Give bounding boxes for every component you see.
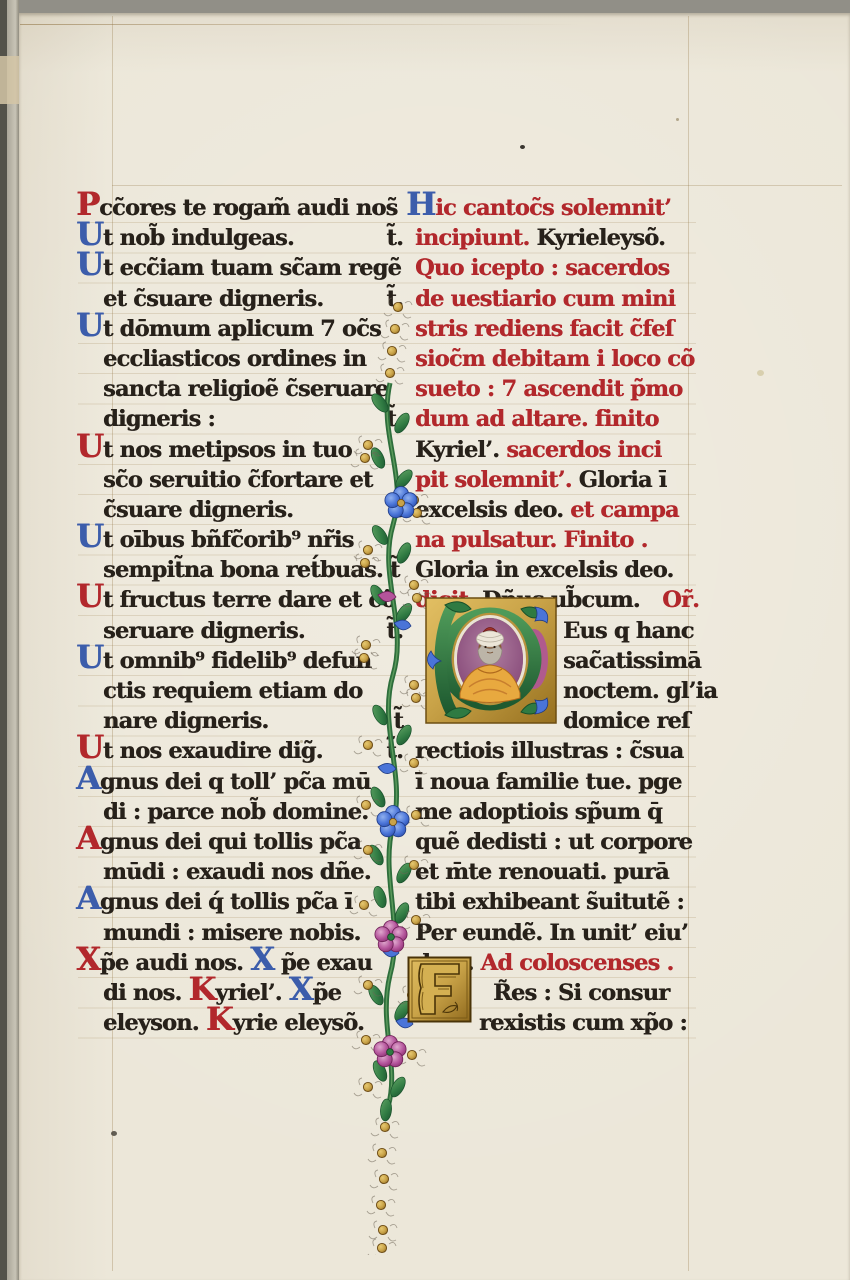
binding-edge-dark: [0, 0, 7, 1280]
parchment-speck: [300, 740, 303, 743]
text-segment: t nos exaudire dig̃.: [103, 736, 323, 766]
text-segment: t nos metipsos in tuo: [103, 435, 352, 465]
parchment-speck: [676, 118, 679, 121]
text-segment: domice reſ: [563, 706, 690, 736]
text-segment: di nos.: [103, 978, 188, 1008]
text-segment: nare digneris.: [103, 706, 268, 736]
text-segment: Quo icepto : sacerdos: [415, 253, 669, 283]
text-segment: t ecc̃iam tuam sc̃am regẽ: [103, 253, 401, 283]
page-top-edge-line: [20, 24, 580, 25]
text-segment: seruare digneris.: [103, 616, 305, 646]
text-segment: c̃suare digneris.: [103, 495, 293, 525]
gold-initial-f: [407, 956, 473, 1024]
versicle-mark: Or̃.: [662, 585, 699, 615]
text-segment: rexistis cum xp̃o :: [479, 1008, 687, 1038]
text-segment: p̃e: [313, 978, 341, 1008]
text-segment: noctem. gl’ia: [563, 676, 717, 706]
text-segment: sac̃atissimā: [563, 646, 701, 676]
text-segment: eleyson.: [103, 1008, 206, 1038]
text-segment: gnus dei q toll’ pc̃a mū: [100, 767, 371, 797]
text-segment: Eus q hanc: [563, 616, 694, 646]
text-segment: et campa: [570, 495, 679, 525]
text-segment: gnus dei q́ tollis pc̃a ī: [100, 887, 352, 917]
text-segment: Gloria ī: [579, 465, 667, 495]
text-segment: sc̃o seruitio c̃fortare et: [103, 465, 372, 495]
text-segment: t omnib⁹ fidelib⁹ defun: [103, 646, 371, 676]
parchment-stain: [757, 370, 764, 376]
text-segment: digneris :: [103, 404, 215, 434]
text-segment: cc̃ores te rogam̃ audi nos̃: [99, 193, 397, 223]
header-rule: [112, 185, 842, 186]
floral-border-decoration: [338, 295, 468, 1255]
text-segment: Kyrieleysõ.: [536, 223, 665, 253]
text-segment: ctis requiem etiam do: [103, 676, 362, 706]
binding-edge-light: [7, 0, 19, 1280]
ink-blot: [111, 1131, 117, 1136]
ink-speck: [520, 145, 525, 149]
text-segment: p̃e audi nos.: [100, 948, 250, 978]
text-segment: mundi : misere nobis.: [103, 918, 360, 948]
illuminated-initial-d: [421, 595, 561, 727]
text-line: Ut nob̃ indulgeas.t̃.: [76, 223, 403, 253]
versicle-mark: t̃.: [386, 223, 403, 253]
text-segment: et c̃suare digneris.: [103, 284, 323, 314]
text-line: incipiunt. Kyrieleysõ.: [415, 223, 699, 253]
text-line: Ut ecc̃iam tuam sc̃am regẽ: [76, 253, 403, 283]
text-line: Pcc̃ores te rogam̃ audi nos̃: [76, 193, 403, 223]
text-segment: t nob̃ indulgeas.: [103, 223, 294, 253]
underlying-folio-edge: [0, 56, 19, 104]
text-segment: di : parce nob̃ domine.: [103, 797, 368, 827]
text-segment: eccliasticos ordines in: [103, 344, 366, 374]
text-line: Quo icepto : sacerdos: [415, 253, 699, 283]
text-segment: incipiunt.: [415, 223, 536, 253]
text-segment: gnus dei qui tollis pc̃a: [100, 827, 361, 857]
text-segment: t oībus bñfc̃orib⁹ nr̃is: [103, 525, 354, 555]
text-segment: sacerdos inci: [506, 435, 661, 465]
text-segment: mūdi : exaudi nos dñe.: [103, 857, 371, 887]
text-segment: Ad coloscenses .: [481, 948, 674, 978]
manuscript-scan: { "page": { "background_color": "#918f87…: [0, 0, 850, 1280]
text-line: Hic cantoc̃s solemnit’: [406, 193, 699, 223]
text-segment: ic cantoc̃s solemnit’: [435, 193, 671, 223]
text-segment: R̃es : Si consur: [493, 978, 669, 1008]
